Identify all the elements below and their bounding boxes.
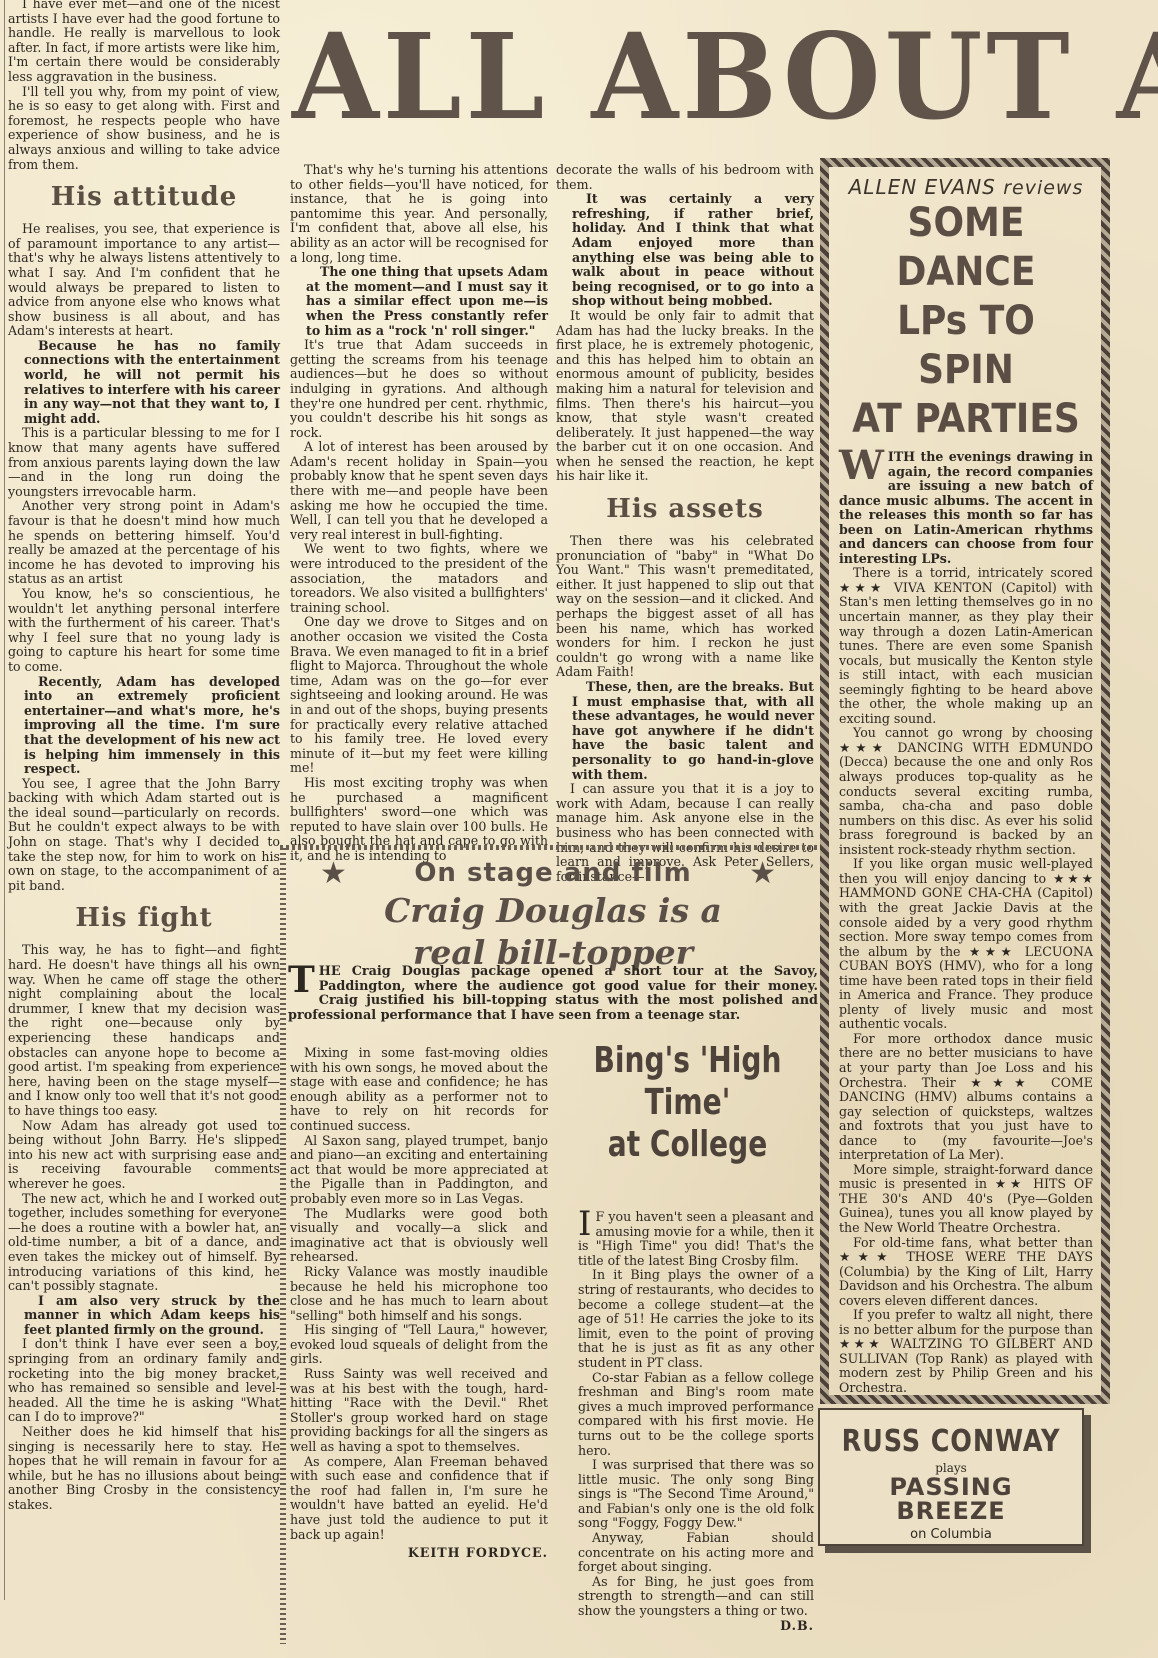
paragraph: As for Bing, he just goes from strength … [578,1575,814,1619]
reviewer-suffix: reviews [1003,177,1083,199]
paragraph: This is a particular blessing to me for … [8,426,280,499]
paragraph: One day we drove to Sitges and on anothe… [290,615,548,776]
paragraph: If you like organ music well-played then… [839,857,1093,1032]
paragraph: decorate the walls of his bedroom with t… [556,163,814,192]
paragraph: These, then, are the breaks. But I must … [556,680,814,782]
paragraph: I have ever met—and one of the nicest ar… [8,0,280,85]
title-line: SOME DANCE [852,199,1081,297]
page-headline: ALL ABOUT ADAM [292,5,1152,152]
dance-review-text: WITH the evenings drawing in again, the … [839,450,1093,1396]
paragraph: The one thing that upsets Adam at the mo… [290,265,548,338]
paragraph: Recently, Adam has developed into an ext… [8,675,280,777]
paragraph: Russ Sainty was well received and was at… [290,1367,548,1455]
paragraph: In it Bing plays the owner of a string o… [578,1268,814,1370]
paragraph: We went to two fights, where we were int… [290,542,548,615]
craig-title-line-1: Craig Douglas is a [288,890,818,932]
dance-lead: WITH the evenings drawing in again, the … [839,450,1093,566]
paragraph: I don't think I have ever seen a boy, sp… [8,1337,280,1425]
paragraph: Mixing in some fast-moving oldies with h… [290,1046,548,1134]
column-divider [4,0,5,1600]
wavy-border-left [280,848,286,1644]
paragraph: His singing of "Tell Laura," however, ev… [290,1323,548,1367]
dance-review-title: SOME DANCE LPs TO SPIN AT PARTIES [852,199,1081,444]
paragraph: As compere, Alan Freeman behaved with su… [290,1455,548,1543]
paragraph: For old-time fans, what better than ★★★ … [839,1236,1093,1309]
subheading: His assets [556,494,814,524]
title-line: AT PARTIES [852,395,1081,444]
paragraph: If you prefer to waltz all night, there … [839,1308,1093,1395]
craig-kicker: On stage and film [288,858,818,888]
craig-lead-text: HE Craig Douglas package opened a short … [288,964,818,1023]
drop-cap: T [288,965,315,995]
paragraph: Al Saxon sang, played trumpet, banjo and… [290,1134,548,1207]
craig-douglas-heading: ★ ★ On stage and film Craig Douglas is a… [288,850,818,974]
advert-album-line-2: BREEZE [820,1499,1082,1523]
paragraph: You know, he's so conscientious, he woul… [8,587,280,675]
craig-title: Craig Douglas is a real bill-topper [288,890,818,974]
paragraph: I'll tell you why, from my point of view… [8,85,280,173]
paragraph: You cannot go wrong by choosing ★★★ DANC… [839,726,1093,857]
dance-review-box: ALLEN EVANS reviews SOME DANCE LPs TO SP… [820,158,1110,1404]
advert-album-line-1: PASSING [820,1475,1082,1499]
paragraph: Because he has no family connections wit… [8,339,280,427]
advert-artist: RUSS CONWAY [840,1424,1063,1459]
paragraph: Neither does he kid himself that his sin… [8,1425,280,1513]
bing-title-line-2: at College [584,1124,791,1166]
paragraph: Anyway, Fabian should concentrate on his… [578,1531,814,1575]
paragraph: There is a torrid, intricately scored ★★… [839,566,1093,726]
title-line: LPs TO SPIN [852,297,1081,395]
byline: KEITH FORDYCE. [290,1546,548,1561]
byline: D.B. [578,1619,814,1634]
star-icon: ★ [749,856,776,891]
paragraph: He realises, you see, that experience is… [8,222,280,339]
russ-conway-advert: RUSS CONWAY plays PASSING BREEZE on Colu… [818,1408,1084,1546]
paragraph: I was surprised that there was so little… [578,1458,814,1531]
article-column-3: decorate the walls of his bedroom with t… [556,163,814,884]
paragraph: Now Adam has already got used to being w… [8,1119,280,1192]
paragraph: Co-star Fabian as a fellow college fresh… [578,1371,814,1459]
paragraph: Then there was his celebrated pronunciat… [556,534,814,680]
bing-title-line-1: Bing's 'High Time' [584,1040,791,1124]
article-column-1: I have ever met—and one of the nicest ar… [8,0,280,1513]
paragraph: You see, I agree that the John Barry bac… [8,777,280,894]
paragraph: Another very strong point in Adam's favo… [8,499,280,587]
paragraph: I am also very struck by the manner in w… [8,1294,280,1338]
paragraph: This way, he has to fight—and fight hard… [8,943,280,1118]
article-column-2: That's why he's turning his attentions t… [290,163,548,864]
bing-heading: Bing's 'High Time' at College [584,1040,791,1166]
star-icon: ★ [320,856,347,891]
paragraph: That's why he's turning his attentions t… [290,163,548,265]
paragraph: The Mudlarks were good both visually and… [290,1207,548,1265]
drop-cap: W [839,450,884,482]
paragraph: It was certainly a very refreshing, if r… [556,192,814,309]
paragraph: For more orthodox dance music there are … [839,1032,1093,1163]
paragraph: IF you haven't seen a pleasant and amusi… [578,1210,814,1268]
paragraph-text: F you haven't seen a pleasant and amusin… [578,1209,814,1268]
subheading: His fight [8,903,280,933]
paragraph: Ricky Valance was mostly inaudible becau… [290,1265,548,1323]
drop-cap: I [578,1210,591,1238]
bing-body: IF you haven't seen a pleasant and amusi… [578,1210,814,1633]
paragraph: It would be only fair to admit that Adam… [556,309,814,484]
reviewer-line: ALLEN EVANS reviews [839,175,1093,199]
reviewer-name: ALLEN EVANS [849,175,996,199]
paragraph: The new act, which he and I worked out t… [8,1192,280,1294]
craig-lead-paragraph: THE Craig Douglas package opened a short… [288,965,818,1023]
craig-body: Mixing in some fast-moving oldies with h… [290,1046,548,1561]
paragraph: More simple, straight-forward dance musi… [839,1163,1093,1236]
advert-label: on Columbia [820,1527,1082,1542]
subheading: His attitude [8,182,280,212]
paragraph: A lot of interest has been aroused by Ad… [290,440,548,542]
paragraph: It's true that Adam succeeds in getting … [290,338,548,440]
